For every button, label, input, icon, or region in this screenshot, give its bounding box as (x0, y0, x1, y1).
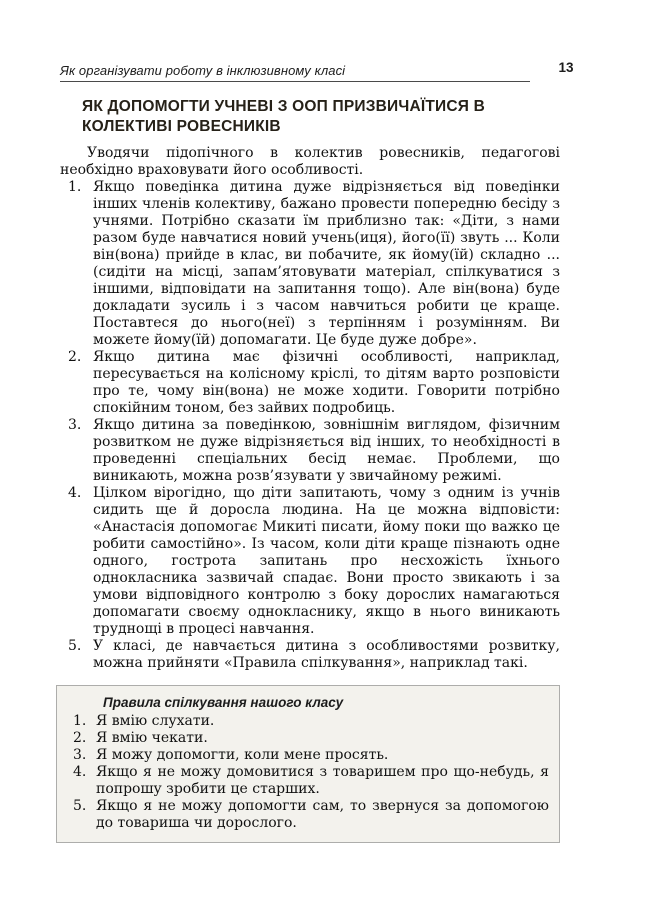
page-header: Як організувати роботу в інклюзивному кл… (60, 60, 560, 82)
list-item-number: 3. (73, 747, 86, 764)
list-item: 5. У класі, де навчається дитина з особл… (60, 638, 560, 672)
list-item-number: 3. (68, 417, 81, 434)
rules-list: 1. Я вмію слухати. 2. Я вмію чекати. 3. … (67, 713, 549, 832)
list-item-number: 4. (68, 485, 81, 502)
running-title: Як організувати роботу в інклюзивному кл… (60, 63, 345, 78)
list-item-number: 4. (73, 764, 86, 781)
list-item-number: 1. (73, 713, 86, 730)
list-item: 1. Якщо поведінка дитина дуже відрізняєт… (60, 179, 560, 349)
list-item-text: Я вмію слухати. (96, 713, 214, 729)
rules-box: Правила спілкування нашого класу 1. Я вм… (56, 685, 560, 843)
book-page: Як організувати роботу в інклюзивному кл… (0, 0, 650, 900)
list-item-text: Цілком вірогідно, що діти запитають, чом… (93, 485, 560, 637)
rules-box-title: Правила спілкування нашого класу (103, 694, 549, 711)
list-item-number: 5. (73, 798, 86, 815)
list-item: 1. Я вмію слухати. (67, 713, 549, 730)
list-item: 5. Якщо я не можу допомогти сам, то звер… (67, 798, 549, 832)
list-item-text: У класі, де навчається дитина з особливо… (93, 638, 560, 671)
main-list: 1. Якщо поведінка дитина дуже відрізняєт… (60, 179, 560, 672)
list-item-number: 2. (73, 730, 86, 747)
list-item: 3. Я можу допомогти, коли мене просять. (67, 747, 549, 764)
list-item-text: Якщо дитина за поведінкою, зовнішнім виг… (93, 417, 560, 484)
list-item: 3. Якщо дитина за поведінкою, зовнішнім … (60, 417, 560, 485)
list-item: 4. Якщо я не можу домовитися з товаришем… (67, 764, 549, 798)
page-content: Як організувати роботу в інклюзивному кл… (60, 60, 560, 843)
list-item-text: Якщо дитина має фізичні особливості, нап… (93, 349, 560, 416)
list-item-text: Якщо я не можу допомогти сам, то звернус… (96, 798, 549, 831)
header-rule (60, 81, 530, 82)
list-item-text: Я вмію чекати. (96, 730, 208, 746)
page-number: 13 (546, 60, 586, 75)
list-item: 4. Цілком вірогідно, що діти запитають, … (60, 485, 560, 638)
section-heading: ЯК ДОПОМОГТИ УЧНЕВІ З ООП ПРИЗВИЧАЇТИСЯ … (82, 97, 522, 137)
list-item-number: 1. (68, 179, 81, 196)
list-item-text: Якщо я не можу домовитися з товаришем пр… (96, 764, 549, 797)
list-item-text: Я можу допомогти, коли мене просять. (96, 747, 388, 763)
list-item-text: Якщо поведінка дитина дуже відрізняється… (93, 179, 560, 348)
intro-paragraph: Уводячи підопічного в колектив ровесникі… (60, 145, 560, 179)
list-item: 2. Якщо дитина має фізичні особливості, … (60, 349, 560, 417)
list-item-number: 5. (68, 638, 81, 655)
list-item-number: 2. (68, 349, 81, 366)
list-item: 2. Я вмію чекати. (67, 730, 549, 747)
